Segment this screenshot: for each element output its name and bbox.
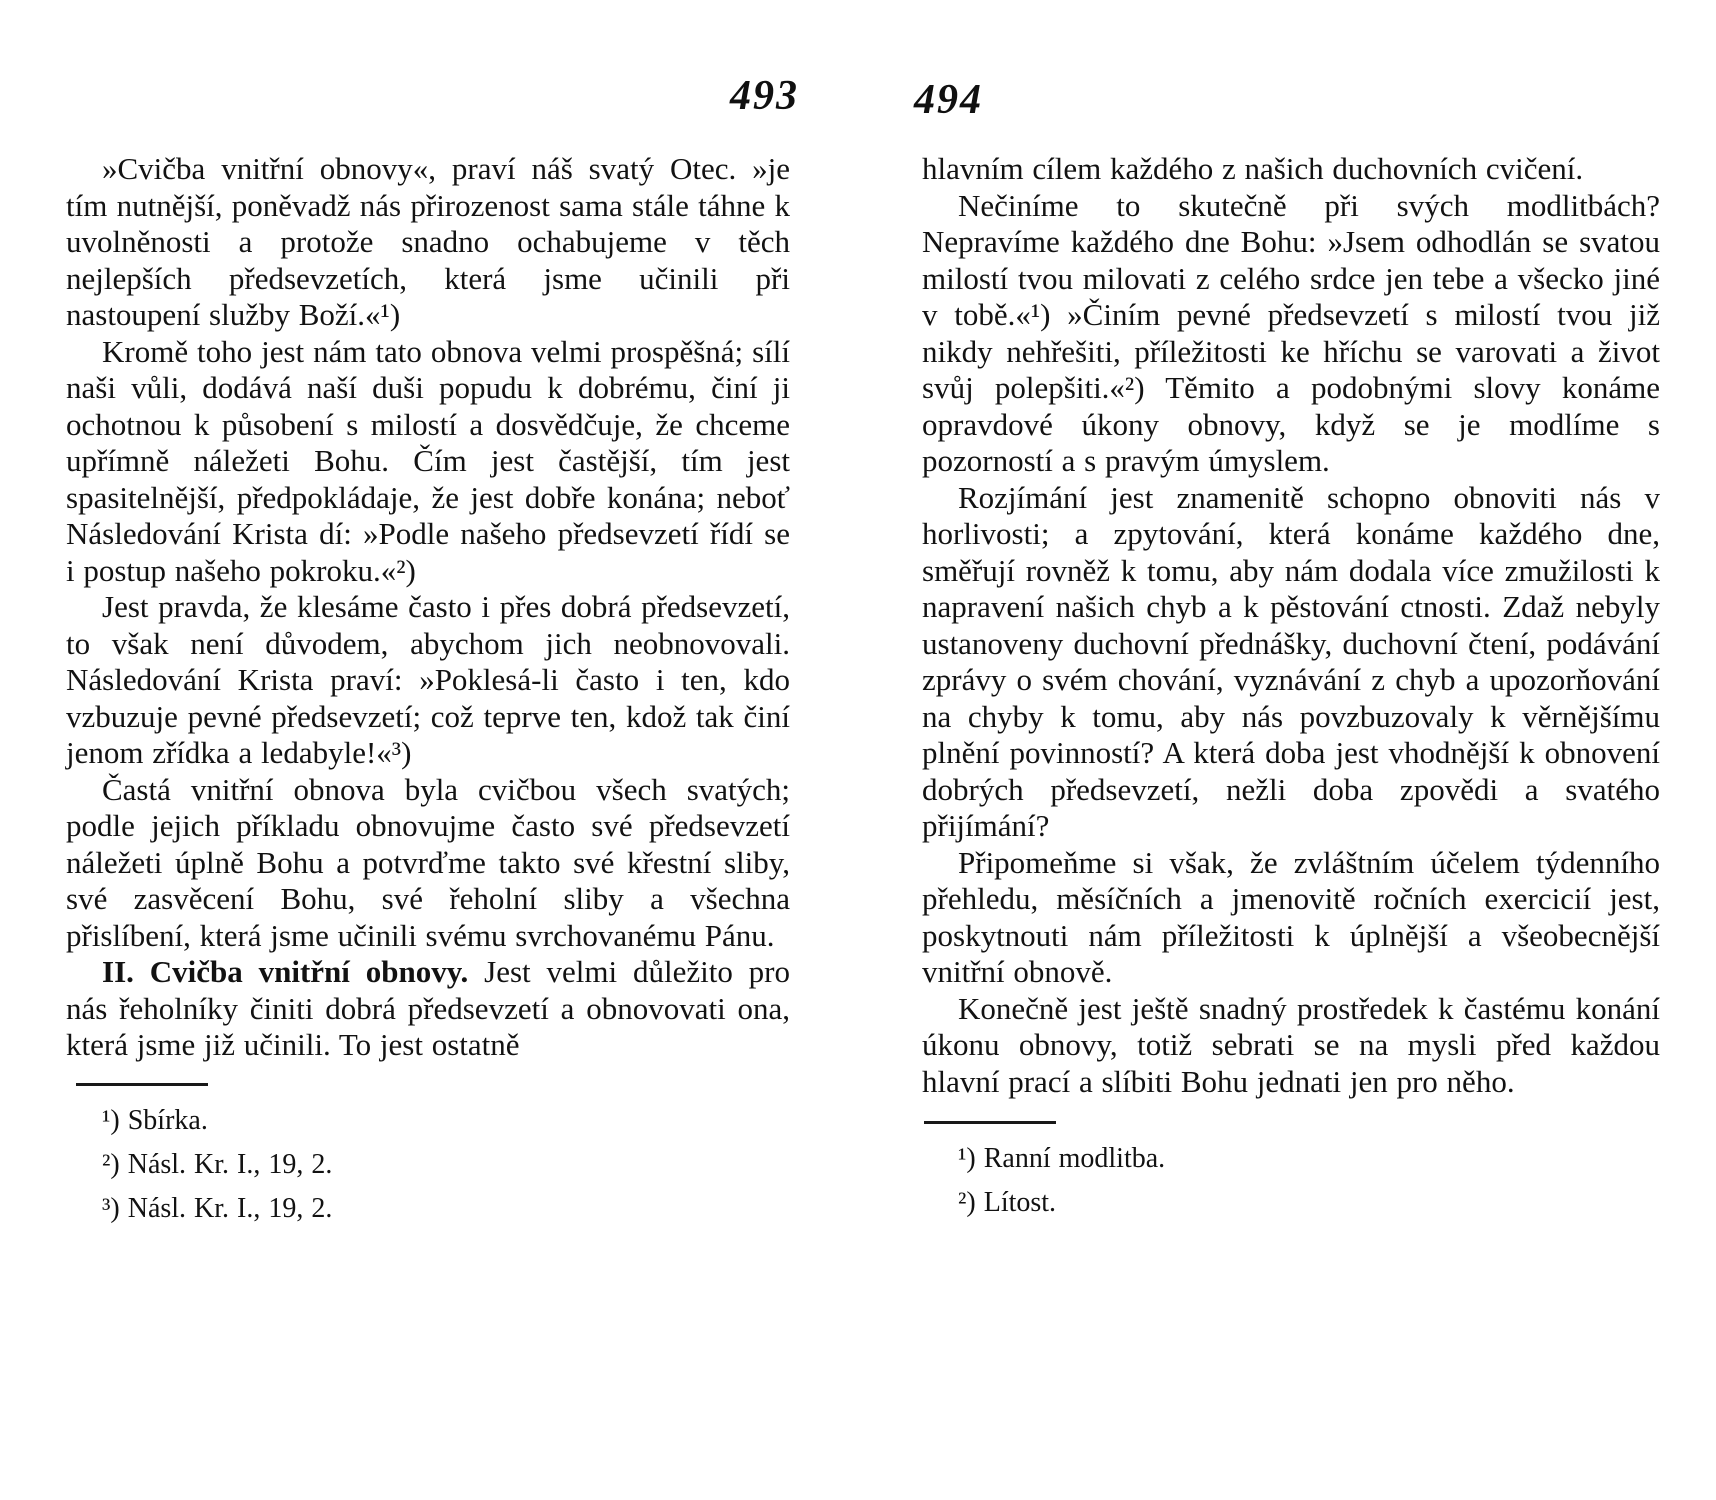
footnotes-left: ¹) Sbírka. ²) Násl. Kr. I., 19, 2. ³) Ná… — [66, 1099, 790, 1231]
footnote: ³) Násl. Kr. I., 19, 2. — [66, 1187, 790, 1231]
paragraph: Rozjímání jest znamenitě schopno obnovit… — [922, 480, 1660, 845]
footnote: ²) Násl. Kr. I., 19, 2. — [66, 1143, 790, 1187]
section-heading: II. Cvičba vnitřní obnovy. — [102, 954, 468, 989]
paragraph: Připomeňme si však, že zvláštním účelem … — [922, 845, 1660, 991]
paragraph-continuation: hlavním cílem každého z našich duchovníc… — [922, 151, 1660, 188]
footnote: ²) Lítost. — [922, 1181, 1660, 1225]
paragraph: Konečně jest ještě snadný prostředek k č… — [922, 991, 1660, 1101]
footnote: ¹) Sbírka. — [66, 1099, 790, 1143]
page-494-column: hlavním cílem každého z našich duchovníc… — [922, 151, 1660, 1225]
book-scan-spread: { "doc": { "left": { "page_number": "493… — [0, 0, 1716, 1500]
footnotes-right: ¹) Ranní modlitba. ²) Lítost. — [922, 1137, 1660, 1225]
page-number-right: 494 — [914, 76, 983, 124]
section-paragraph: II. Cvičba vnitřní obnovy. Jest velmi dů… — [66, 954, 790, 1064]
footnote-rule — [924, 1121, 1056, 1124]
paragraph: Častá vnitřní obnova byla cvičbou všech … — [66, 772, 790, 955]
footnote: ¹) Ranní modlitba. — [922, 1137, 1660, 1181]
footnote-rule — [76, 1083, 208, 1086]
paragraph: »Cvičba vnitřní obnovy«, praví náš svatý… — [66, 151, 790, 334]
paragraph: Nečiníme to skutečně při svých modlitbác… — [922, 188, 1660, 480]
page-493-column: »Cvičba vnitřní obnovy«, praví náš svatý… — [66, 151, 790, 1231]
paragraph: Jest pravda, že klesáme často i přes dob… — [66, 589, 790, 772]
page-number-left: 493 — [730, 72, 799, 120]
paragraph: Kromě toho jest nám tato obnova velmi pr… — [66, 334, 790, 590]
